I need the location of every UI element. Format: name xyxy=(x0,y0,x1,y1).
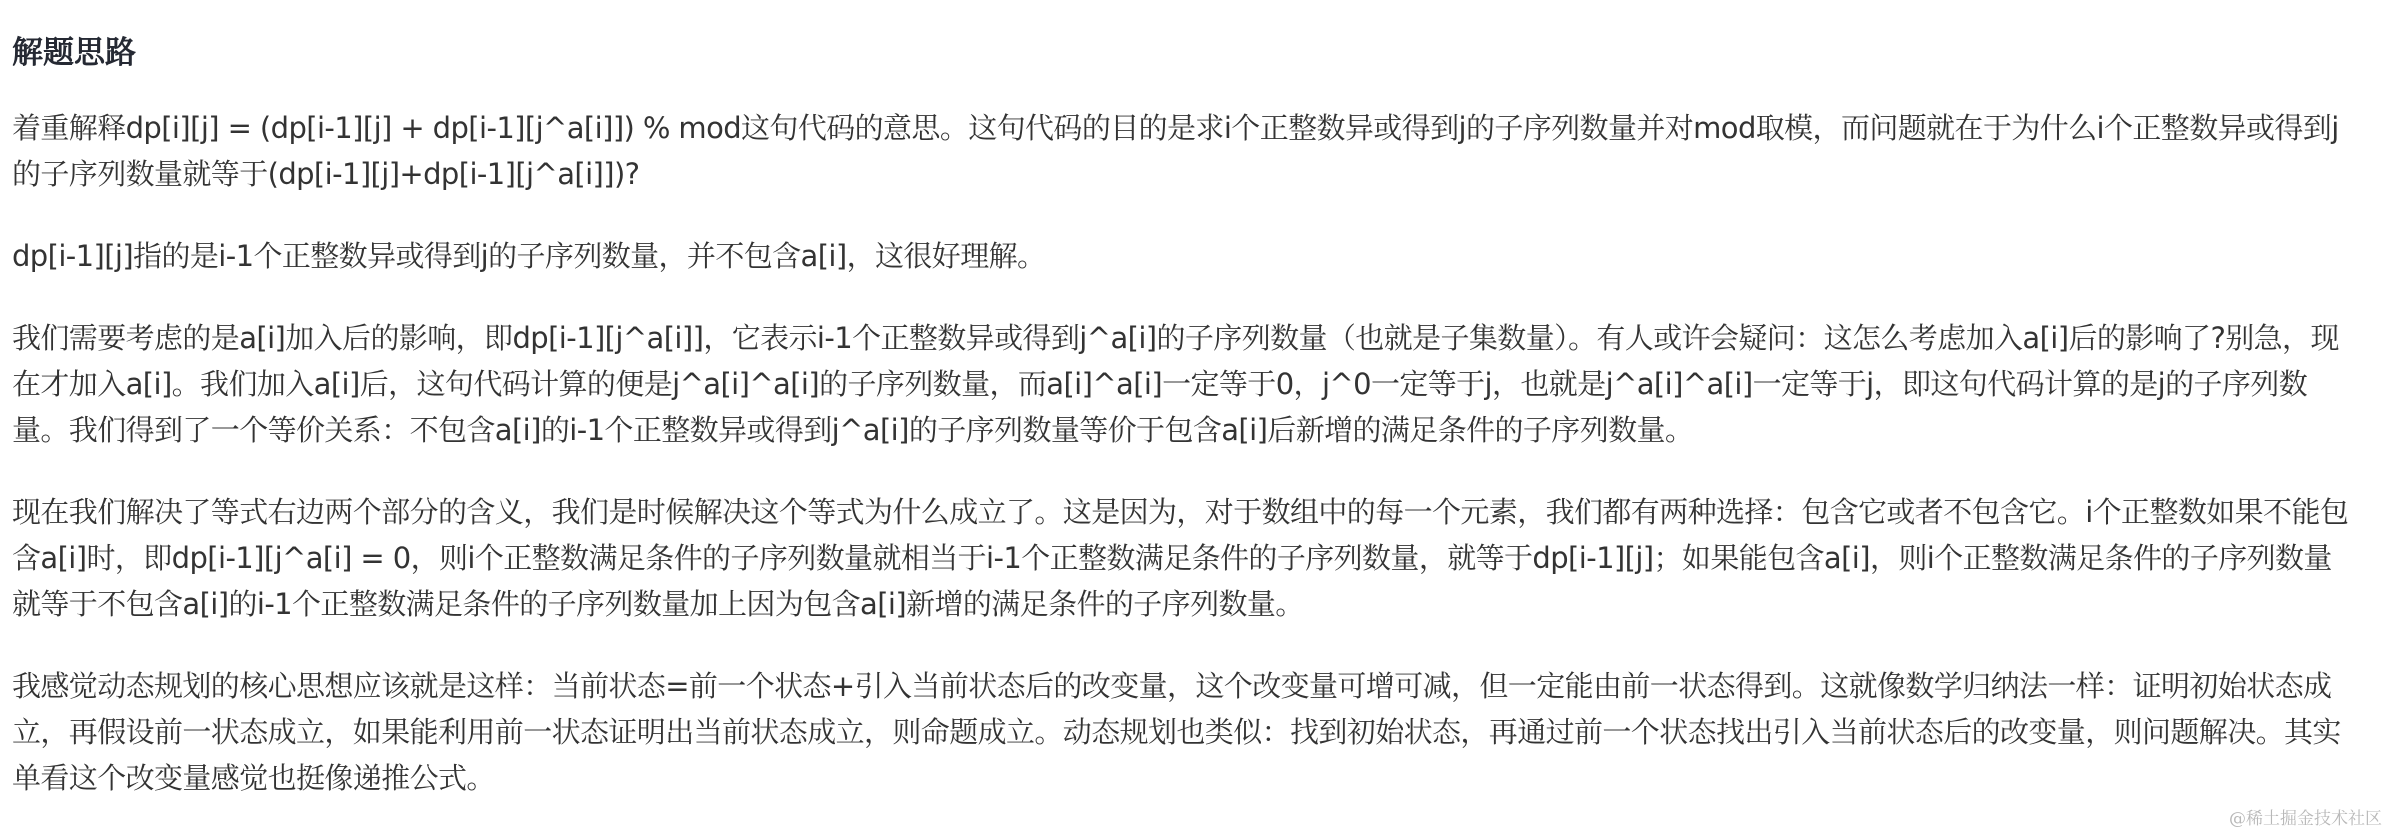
article-body: 解题思路 着重解释dp[i][j] = (dp[i-1][j] + dp[i-1… xyxy=(12,30,2352,833)
paragraph-dp-core-idea: 我感觉动态规划的核心思想应该就是这样：当前状态=前一个状态+引入当前状态后的改变… xyxy=(12,663,2352,801)
section-heading: 解题思路 xyxy=(12,30,2352,76)
paragraph-dp-without-ai: dp[i-1][j]指的是i-1个正整数异或得到j的子序列数量，并不包含a[i]… xyxy=(12,233,2352,279)
paragraph-why-equation-holds: 现在我们解决了等式右边两个部分的含义，我们是时候解决这个等式为什么成立了。这是因… xyxy=(12,489,2352,627)
paragraph-dp-with-ai: 我们需要考虑的是a[i]加入后的影响，即dp[i-1][j^a[i]]，它表示i… xyxy=(12,315,2352,453)
paragraph-formula-explanation: 着重解释dp[i][j] = (dp[i-1][j] + dp[i-1][j^a… xyxy=(12,105,2352,197)
watermark: @稀土掘金技术社区 xyxy=(2229,804,2382,829)
